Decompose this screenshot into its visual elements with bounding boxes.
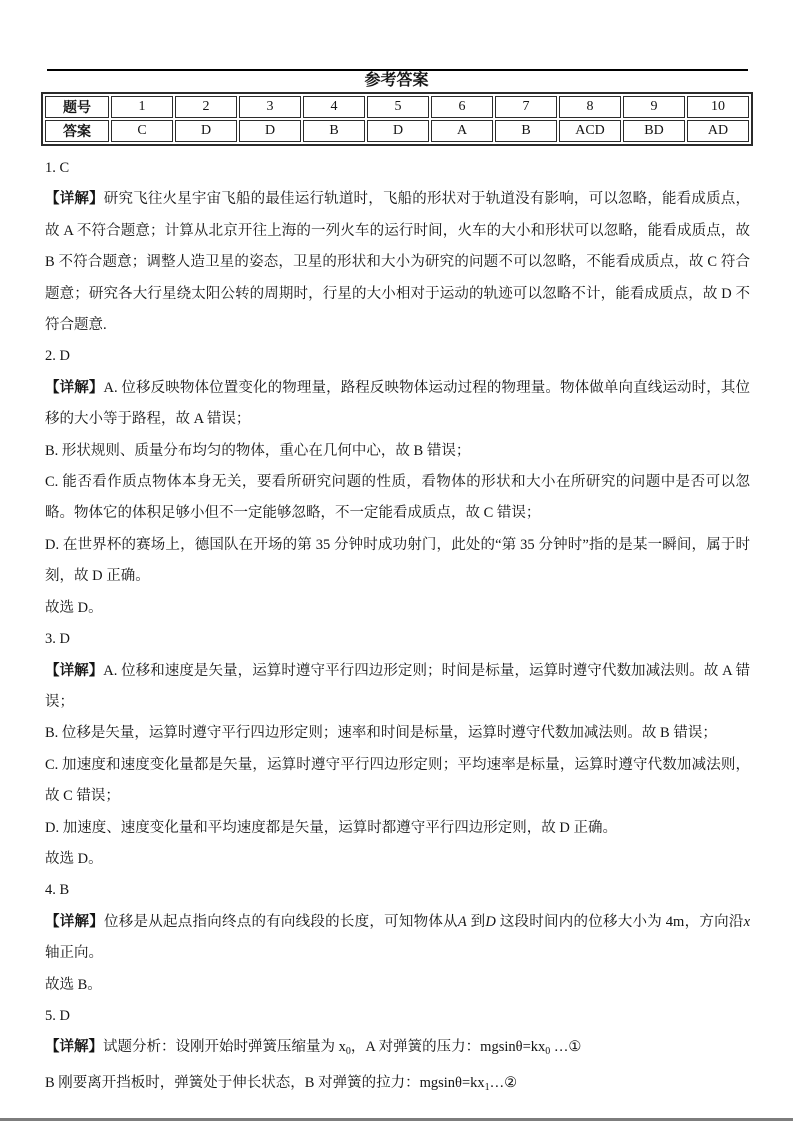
answer-cell: B <box>303 120 365 142</box>
solution-paragraph: 【详解】试题分析：设刚开始时弹簧压缩量为 x0，A 对弹簧的压力：mgsinθ=… <box>45 1032 750 1067</box>
question-number-cell: 10 <box>687 96 749 118</box>
solution-number: 4. B <box>45 875 750 906</box>
solutions-body: 1. C 【详解】研究飞往火星宇宙飞船的最佳运行轨道时，飞船的形状对于轨道没有影… <box>45 153 750 1103</box>
solution-paragraph: B. 形状规则、质量分布均匀的物体，重心在几何中心，故 B 错误； <box>45 436 750 467</box>
question-number-cell: 5 <box>367 96 429 118</box>
solution-section-1: 1. C 【详解】研究飞往火星宇宙飞船的最佳运行轨道时，飞船的形状对于轨道没有影… <box>45 153 750 341</box>
solution-paragraph: 故选 D。 <box>45 593 750 624</box>
solution-section-3: 3. D 【详解】A. 位移和速度是矢量，运算时遵守平行四边形定则；时间是标量，… <box>45 624 750 875</box>
solution-paragraph: D. 加速度、速度变化量和平均速度都是矢量，运算时都遵守平行四边形定则，故 D … <box>45 813 750 844</box>
answer-cell: BD <box>623 120 685 142</box>
question-number-cell: 4 <box>303 96 365 118</box>
solution-paragraph: 【详解】研究飞往火星宇宙飞船的最佳运行轨道时，飞船的形状对于轨道没有影响，可以忽… <box>45 184 750 341</box>
solution-paragraph: 故选 D。 <box>45 844 750 875</box>
answer-cell: D <box>239 120 301 142</box>
table-row-question-numbers: 题号 1 2 3 4 5 6 7 8 9 10 <box>45 96 749 118</box>
solution-paragraph: 【详解】A. 位移和速度是矢量，运算时遵守平行四边形定则；时间是标量，运算时遵守… <box>45 656 750 719</box>
solution-number: 2. D <box>45 341 750 372</box>
solution-paragraph: C. 能否看作质点物体本身无关，要看所研究问题的性质，看物体的形状和大小在所研究… <box>45 467 750 530</box>
page-bottom-divider <box>0 1118 793 1121</box>
solution-paragraph: D. 在世界杯的赛场上，德国队在开场的第 35 分钟时成功射门，此处的“第 35… <box>45 530 750 593</box>
solution-paragraph: B. 位移是矢量，运算时遵守平行四边形定则；速率和时间是标量，运算时遵守代数加减… <box>45 718 750 749</box>
solution-paragraph: C. 加速度和速度变化量都是矢量，运算时遵守平行四边形定则；平均速率是标量，运算… <box>45 750 750 813</box>
answer-cell: B <box>495 120 557 142</box>
answer-cell: ACD <box>559 120 621 142</box>
solution-paragraph: B 刚要离开挡板时，弹簧处于伸长状态，B 对弹簧的拉力：mgsinθ=kx1…② <box>45 1068 750 1103</box>
page-title: 参考答案 <box>0 71 793 91</box>
question-number-cell: 2 <box>175 96 237 118</box>
solution-paragraph: 故选 B。 <box>45 970 750 1001</box>
question-number-header: 题号 <box>45 96 109 118</box>
question-number-cell: 8 <box>559 96 621 118</box>
solution-section-2: 2. D 【详解】A. 位移反映物体位置变化的物理量，路程反映物体运动过程的物理… <box>45 341 750 624</box>
document-page: { "page": { "title": "参考答案" }, "answer_t… <box>0 0 793 1122</box>
answer-cell: D <box>367 120 429 142</box>
answer-table: 题号 1 2 3 4 5 6 7 8 9 10 答案 C D D B D A B… <box>41 92 753 146</box>
table-row-answers: 答案 C D D B D A B ACD BD AD <box>45 120 749 142</box>
question-number-cell: 6 <box>431 96 493 118</box>
answer-row-header: 答案 <box>45 120 109 142</box>
answer-cell: A <box>431 120 493 142</box>
solution-paragraph: 【详解】A. 位移反映物体位置变化的物理量，路程反映物体运动过程的物理量。物体做… <box>45 373 750 436</box>
question-number-cell: 7 <box>495 96 557 118</box>
question-number-cell: 3 <box>239 96 301 118</box>
question-number-cell: 9 <box>623 96 685 118</box>
solution-number: 3. D <box>45 624 750 655</box>
solution-number: 5. D <box>45 1001 750 1032</box>
solution-number: 1. C <box>45 153 750 184</box>
question-number-cell: 1 <box>111 96 173 118</box>
answer-cell: C <box>111 120 173 142</box>
solution-section-5: 5. D 【详解】试题分析：设刚开始时弹簧压缩量为 x0，A 对弹簧的压力：mg… <box>45 1001 750 1103</box>
answer-cell: D <box>175 120 237 142</box>
solution-section-4: 4. B 【详解】位移是从起点指向终点的有向线段的长度，可知物体从A 到D 这段… <box>45 875 750 1001</box>
solution-paragraph: 【详解】位移是从起点指向终点的有向线段的长度，可知物体从A 到D 这段时间内的位… <box>45 907 750 970</box>
answer-cell: AD <box>687 120 749 142</box>
